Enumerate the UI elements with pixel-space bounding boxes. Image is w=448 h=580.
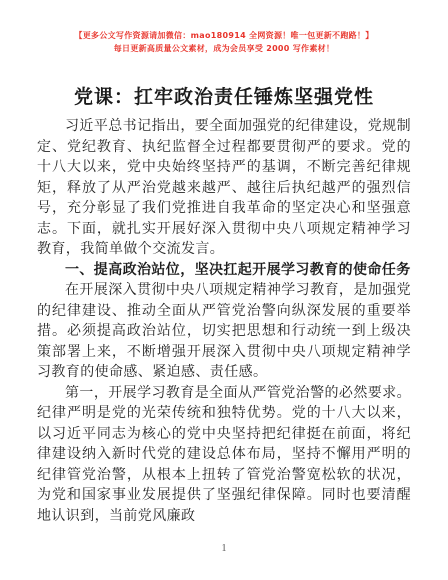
ad-banner-line-2: 每日更新高质量公文素材，成为会员享受 2000 写作素材！ — [37, 42, 411, 55]
paragraph: 在开展深入贯彻中央八项规定精神学习教育，是加强党的纪律建设、推动全面从严管党治警… — [37, 281, 411, 384]
page-title: 党课：扛牢政治责任锤炼坚强党性 — [37, 85, 411, 111]
paragraph: 第一，开展学习教育是全面从严管党治警的必然要求。纪律严明是党的光荣传统和独特优势… — [37, 384, 411, 528]
paragraph: 习近平总书记指出，要全面加强党的纪律建设，党规制定、党纪教育、执纪监督全过程都要… — [37, 117, 411, 261]
page-number-footer: 1 — [0, 543, 448, 554]
section-heading: 一、提高政治站位，坚决扛起开展学习教育的使命任务 — [37, 261, 411, 282]
ad-banner-line-1: 【更多公文写作资源请加微信：mao180914 全网资源！唯一包更新不跑路！】 — [37, 29, 411, 42]
ad-banner: 【更多公文写作资源请加微信：mao180914 全网资源！唯一包更新不跑路！】 … — [37, 29, 411, 55]
document-body: 习近平总书记指出，要全面加强党的纪律建设，党规制定、党纪教育、执纪监督全过程都要… — [37, 117, 411, 527]
document-page: 【更多公文写作资源请加微信：mao180914 全网资源！唯一包更新不跑路！】 … — [0, 0, 448, 580]
